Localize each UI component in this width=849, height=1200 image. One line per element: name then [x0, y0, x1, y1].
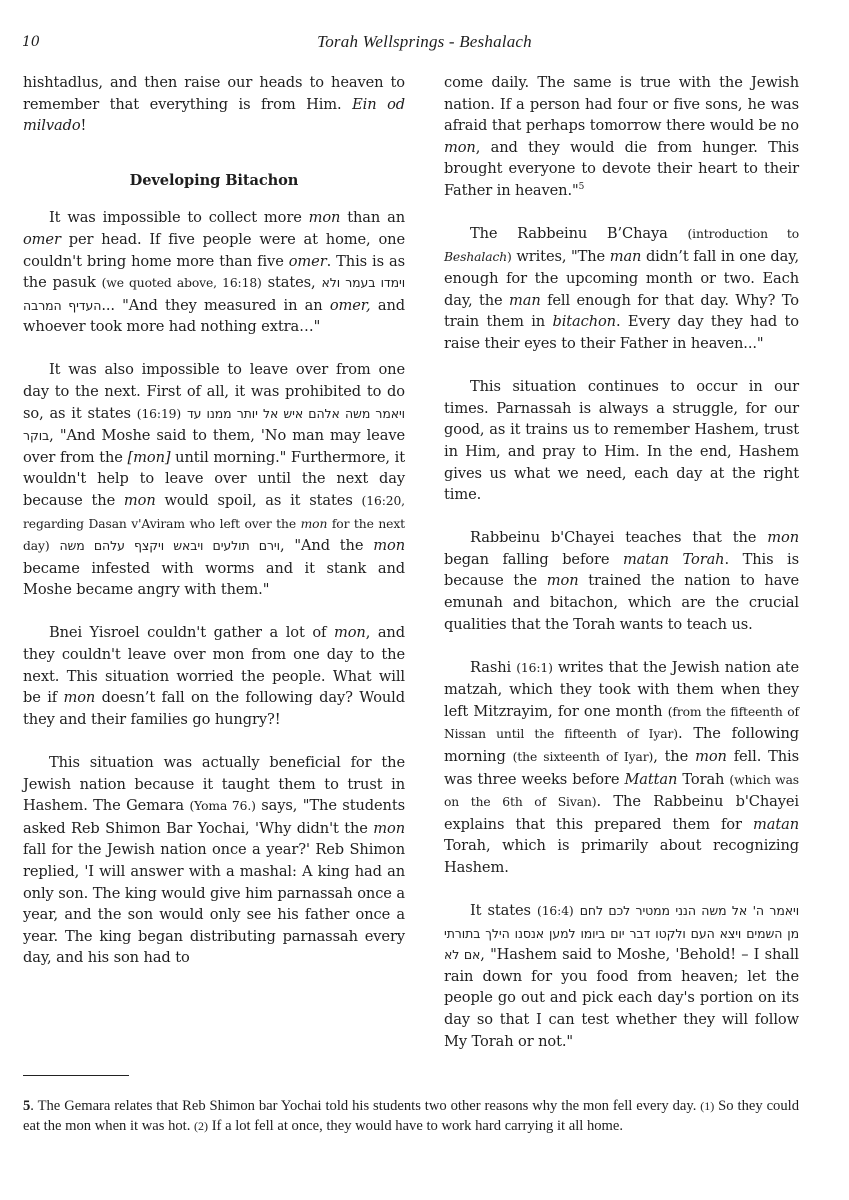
- text: fall for the Jewish nation once a year?'…: [23, 841, 405, 966]
- citation: (introduction to: [687, 227, 799, 241]
- text: , and they would die from hunger. This b…: [444, 139, 799, 199]
- italic-term: man: [610, 248, 642, 265]
- text: , "And the: [280, 537, 373, 554]
- text: It was impossible to collect more: [49, 209, 309, 226]
- paragraph: Rashi (16:1) writes that the Jewish nati…: [444, 657, 799, 879]
- text: [50, 537, 60, 554]
- paragraph: This situation continues to occur in our…: [444, 376, 799, 506]
- paragraph: This situation was actually beneficial f…: [23, 752, 405, 969]
- text: The Rabbeinu B’Chaya: [470, 225, 687, 242]
- italic-term: mon: [301, 517, 328, 531]
- italic-term: mon: [547, 572, 579, 589]
- right-column: come daily. The same is true with the Je…: [444, 72, 799, 1074]
- italic-term: omer: [289, 253, 327, 270]
- footnote-reference[interactable]: 5: [579, 182, 585, 192]
- text: became infested with worms and it stank …: [23, 560, 405, 599]
- text: hishtadlus, and then raise our heads to …: [23, 74, 405, 113]
- text: If a lot fell at once, they would have t…: [208, 1118, 623, 1134]
- text: , "Hashem said to Moshe, 'Behold! – I sh…: [444, 946, 799, 1049]
- section-heading: Developing Bitachon: [23, 170, 405, 192]
- italic-term: mon: [64, 689, 96, 706]
- italic-term: [mon]: [128, 449, 171, 466]
- paragraph: It states (16:4) ויאמר ה' אל משה הנני ממ…: [444, 900, 799, 1052]
- paragraph: hishtadlus, and then raise our heads to …: [23, 72, 405, 137]
- paragraph: Rabbeinu b'Chayei teaches that the mon b…: [444, 527, 799, 635]
- text: This situation continues to occur in our…: [444, 378, 799, 503]
- text: ... "And they measured in an: [101, 297, 330, 314]
- paragraph: It was also impossible to leave over fro…: [23, 359, 405, 601]
- italic-term: omer,: [330, 297, 371, 314]
- italic-term: mon: [373, 537, 405, 554]
- text: than an: [340, 209, 405, 226]
- italic-term: bitachon: [552, 313, 616, 330]
- footnote: 5. The Gemara relates that Reb Shimon ba…: [23, 1096, 799, 1136]
- italic-term: mon: [695, 748, 727, 765]
- italic-term: Mattan: [624, 771, 677, 788]
- text: writes, "The: [512, 248, 610, 265]
- citation: (16:4): [537, 904, 574, 918]
- italic-term: man: [509, 292, 541, 309]
- citation: (Yoma 76.): [189, 799, 255, 813]
- running-head-title: Torah Wellsprings - Beshalach: [0, 32, 849, 52]
- citation: (16:19): [137, 407, 181, 421]
- paragraph: Bnei Yisroel couldn't gather a lot of mo…: [23, 622, 405, 730]
- text: , the: [653, 748, 695, 765]
- italic-term: mon: [373, 820, 405, 837]
- text: Torah: [677, 771, 729, 788]
- text: Bnei Yisroel couldn't gather a lot of: [49, 624, 334, 641]
- text: . The Gemara relates that Reb Shimon bar…: [30, 1098, 700, 1114]
- italic-term: mon: [124, 492, 156, 509]
- left-column: hishtadlus, and then raise our heads to …: [23, 72, 405, 990]
- italic-term: mon: [309, 209, 341, 226]
- citation: (16:1): [516, 661, 553, 675]
- text: It states: [470, 902, 537, 919]
- italic-term: matan: [753, 816, 799, 833]
- text: !: [81, 117, 87, 134]
- paragraph: The Rabbeinu B’Chaya (introduction to Be…: [444, 223, 799, 355]
- hebrew-quote: וירם תולעים ויבאש ויקצף עלהם משה: [59, 538, 280, 553]
- list-marker: (1): [700, 1099, 714, 1113]
- text: Rabbeinu b'Chayei teaches that the: [470, 529, 767, 546]
- citation: (we quoted above, 16:18): [102, 276, 262, 290]
- paragraph: It was impossible to collect more mon th…: [23, 207, 405, 338]
- italic-term: Beshalach: [444, 250, 507, 264]
- italic-term: mon: [444, 139, 476, 156]
- paragraph: come daily. The same is true with the Je…: [444, 72, 799, 202]
- list-marker: (2): [194, 1119, 208, 1133]
- italic-term: omer: [23, 231, 61, 248]
- text: began falling before: [444, 551, 623, 568]
- italic-term: mon: [334, 624, 366, 641]
- footnote-divider: [23, 1075, 129, 1076]
- text: come daily. The same is true with the Je…: [444, 74, 799, 134]
- text: Rashi: [470, 659, 516, 676]
- italic-term: matan Torah: [623, 551, 725, 568]
- text: would spoil, as it states: [156, 492, 362, 509]
- citation: (the sixteenth of Iyar): [513, 750, 654, 764]
- text: states,: [262, 274, 322, 291]
- text: Torah, which is primarily about recogniz…: [444, 837, 799, 876]
- italic-term: mon: [767, 529, 799, 546]
